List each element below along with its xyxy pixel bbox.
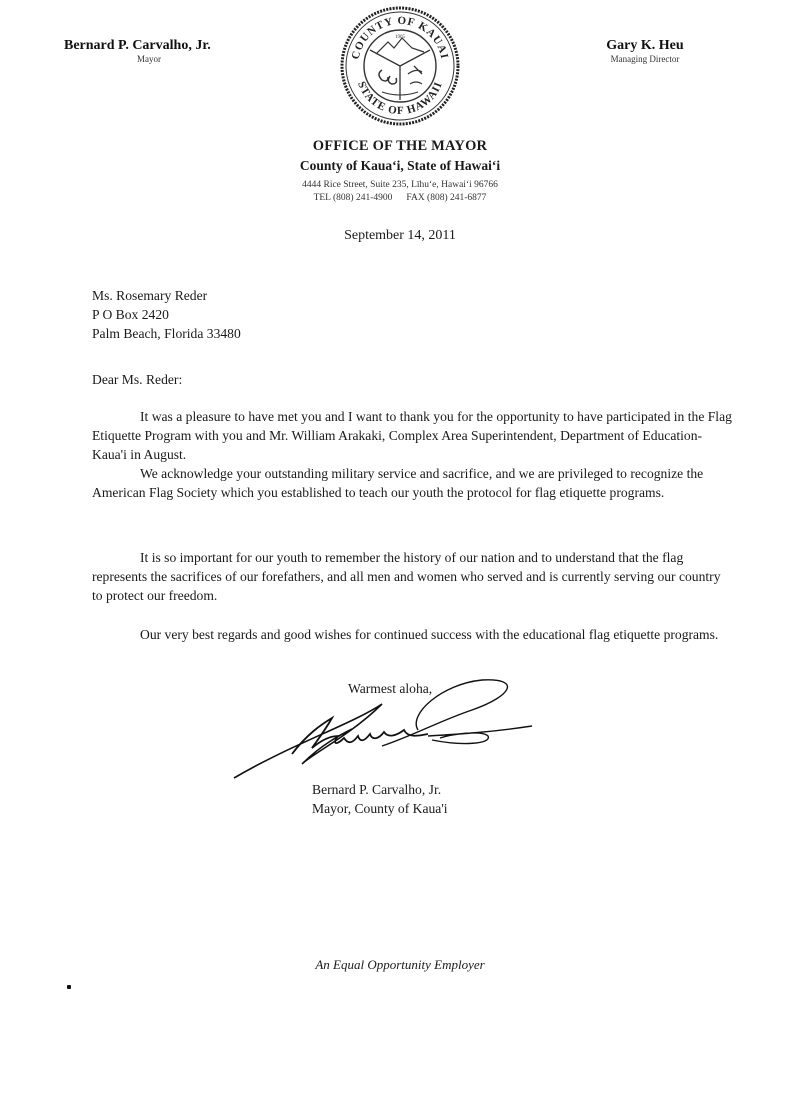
letter-date: September 14, 2011: [0, 228, 800, 244]
mayor-title: Mayor: [64, 54, 234, 64]
recipient-address-block: Ms. Rosemary Reder P O Box 2420 Palm Bea…: [92, 286, 241, 343]
body-paragraph: It was a pleasure to have met you and I …: [92, 407, 732, 464]
signer-name: Bernard P. Carvalho, Jr.: [312, 780, 448, 799]
paragraph-text: We acknowledge your outstanding military…: [92, 466, 703, 500]
signer-title: Mayor, County of Kaua'i: [312, 799, 448, 818]
body-paragraph: It is so important for our youth to reme…: [92, 548, 732, 605]
handwritten-signature-icon: [232, 674, 552, 784]
managing-director-header-block: Gary K. Heu Managing Director: [575, 38, 715, 64]
office-address: 4444 Rice Street, Suite 235, Līhu‘e, Haw…: [0, 180, 800, 190]
office-telephone: TEL (808) 241-4900: [314, 193, 393, 203]
managing-director-title: Managing Director: [575, 54, 715, 64]
recipient-city: Palm Beach, Florida 33480: [92, 324, 241, 343]
equal-opportunity-tagline: An Equal Opportunity Employer: [0, 957, 800, 973]
paragraph-text: Our very best regards and good wishes fo…: [140, 627, 718, 642]
scan-artifact-dot: [67, 985, 71, 989]
office-subtitle: County of Kaua‘i, State of Hawai‘i: [0, 158, 800, 174]
recipient-name: Ms. Rosemary Reder: [92, 286, 241, 305]
mayor-header-block: Bernard P. Carvalho, Jr. Mayor: [64, 38, 234, 64]
paragraph-text: It is so important for our youth to reme…: [92, 550, 721, 603]
office-fax: FAX (808) 241-6877: [406, 193, 486, 203]
mayor-name: Bernard P. Carvalho, Jr.: [64, 38, 234, 54]
signer-block: Bernard P. Carvalho, Jr. Mayor, County o…: [312, 780, 448, 818]
paragraph-text: It was a pleasure to have met you and I …: [92, 409, 732, 462]
office-title: OFFICE OF THE MAYOR: [0, 138, 800, 155]
body-paragraph: Our very best regards and good wishes fo…: [92, 625, 732, 644]
salutation: Dear Ms. Reder:: [92, 370, 182, 389]
office-contact-numbers: TEL (808) 241-4900FAX (808) 241-6877: [0, 193, 800, 203]
county-seal-icon: COUNTY OF KAUAI STATE OF HAWAII 1905: [338, 4, 462, 128]
body-paragraph: We acknowledge your outstanding military…: [92, 464, 732, 502]
managing-director-name: Gary K. Heu: [575, 38, 715, 54]
recipient-street: P O Box 2420: [92, 305, 241, 324]
